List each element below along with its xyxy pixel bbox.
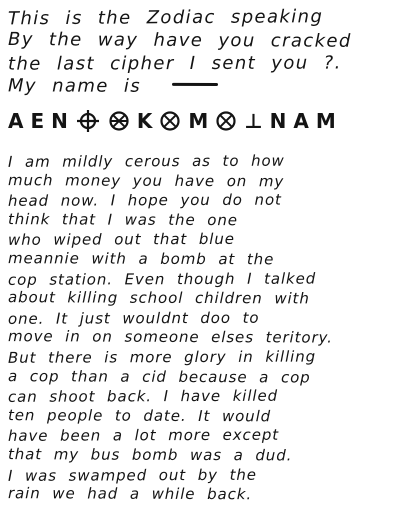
letter-body: I am mildly cerous as to how much money … (8, 152, 394, 505)
cipher-letter-k: K (137, 109, 153, 133)
header-line-3: the last cipher I sent you ?. (8, 51, 394, 75)
name-dash (172, 83, 218, 86)
cipher-letter-m: M (188, 109, 208, 133)
letter-header: This is the Zodiac speaking By the way h… (8, 6, 394, 98)
zodiac-letter-page: This is the Zodiac speaking By the way h… (0, 0, 400, 518)
body-line: think that I was the one (8, 210, 394, 231)
body-line: head now. I hope you do not (8, 190, 394, 211)
body-line: I am mildly cerous as to how (8, 151, 394, 172)
body-line: But there is more glory in killing (8, 347, 394, 368)
body-line: have been a lot more except (8, 425, 394, 446)
cipher-letter-n: N (51, 109, 68, 133)
body-line: a cop than a cid because a cop (8, 367, 394, 388)
body-line: ten people to date. It would (8, 406, 394, 427)
zodiac-crosshair-icon (75, 108, 101, 134)
body-line: much money you have on my (8, 171, 394, 192)
body-line: meannie with a bomb at the (8, 249, 394, 270)
body-line: who wiped out that blue (8, 230, 394, 251)
cipher-line: AENKM⊥NAM (8, 107, 394, 135)
body-line: one. It just wouldnt doo to (8, 308, 394, 329)
body-line: I was swamped out by the (8, 465, 394, 486)
cipher-letter-a: A (8, 109, 23, 133)
header-line-1: This is the Zodiac speaking (8, 5, 394, 31)
my-name-is-text: My name is (8, 75, 141, 96)
cipher-letter-e: E (30, 109, 44, 133)
cipher-letter-n: N (270, 109, 287, 133)
body-line: can shoot back. I have killed (8, 386, 394, 407)
circled-x-icon (215, 110, 237, 132)
body-line: about killing school children with (8, 288, 394, 309)
header-line-2: By the way have you cracked (8, 28, 394, 53)
header-line-4: My name is (8, 74, 394, 98)
body-line: cop station. Even though I talked (8, 269, 394, 290)
circled-x-icon (159, 110, 181, 132)
cipher-letter-m: M (316, 109, 336, 133)
cipher-letter-a: A (293, 109, 308, 133)
circled-asterisk-icon (108, 110, 130, 132)
up-tack-symbol: ⊥ (244, 109, 262, 133)
body-line: rain we had a while back. (8, 484, 394, 505)
body-line: move in on someone elses teritory. (8, 328, 394, 349)
body-line: that my bus bomb was a dud. (8, 445, 394, 466)
